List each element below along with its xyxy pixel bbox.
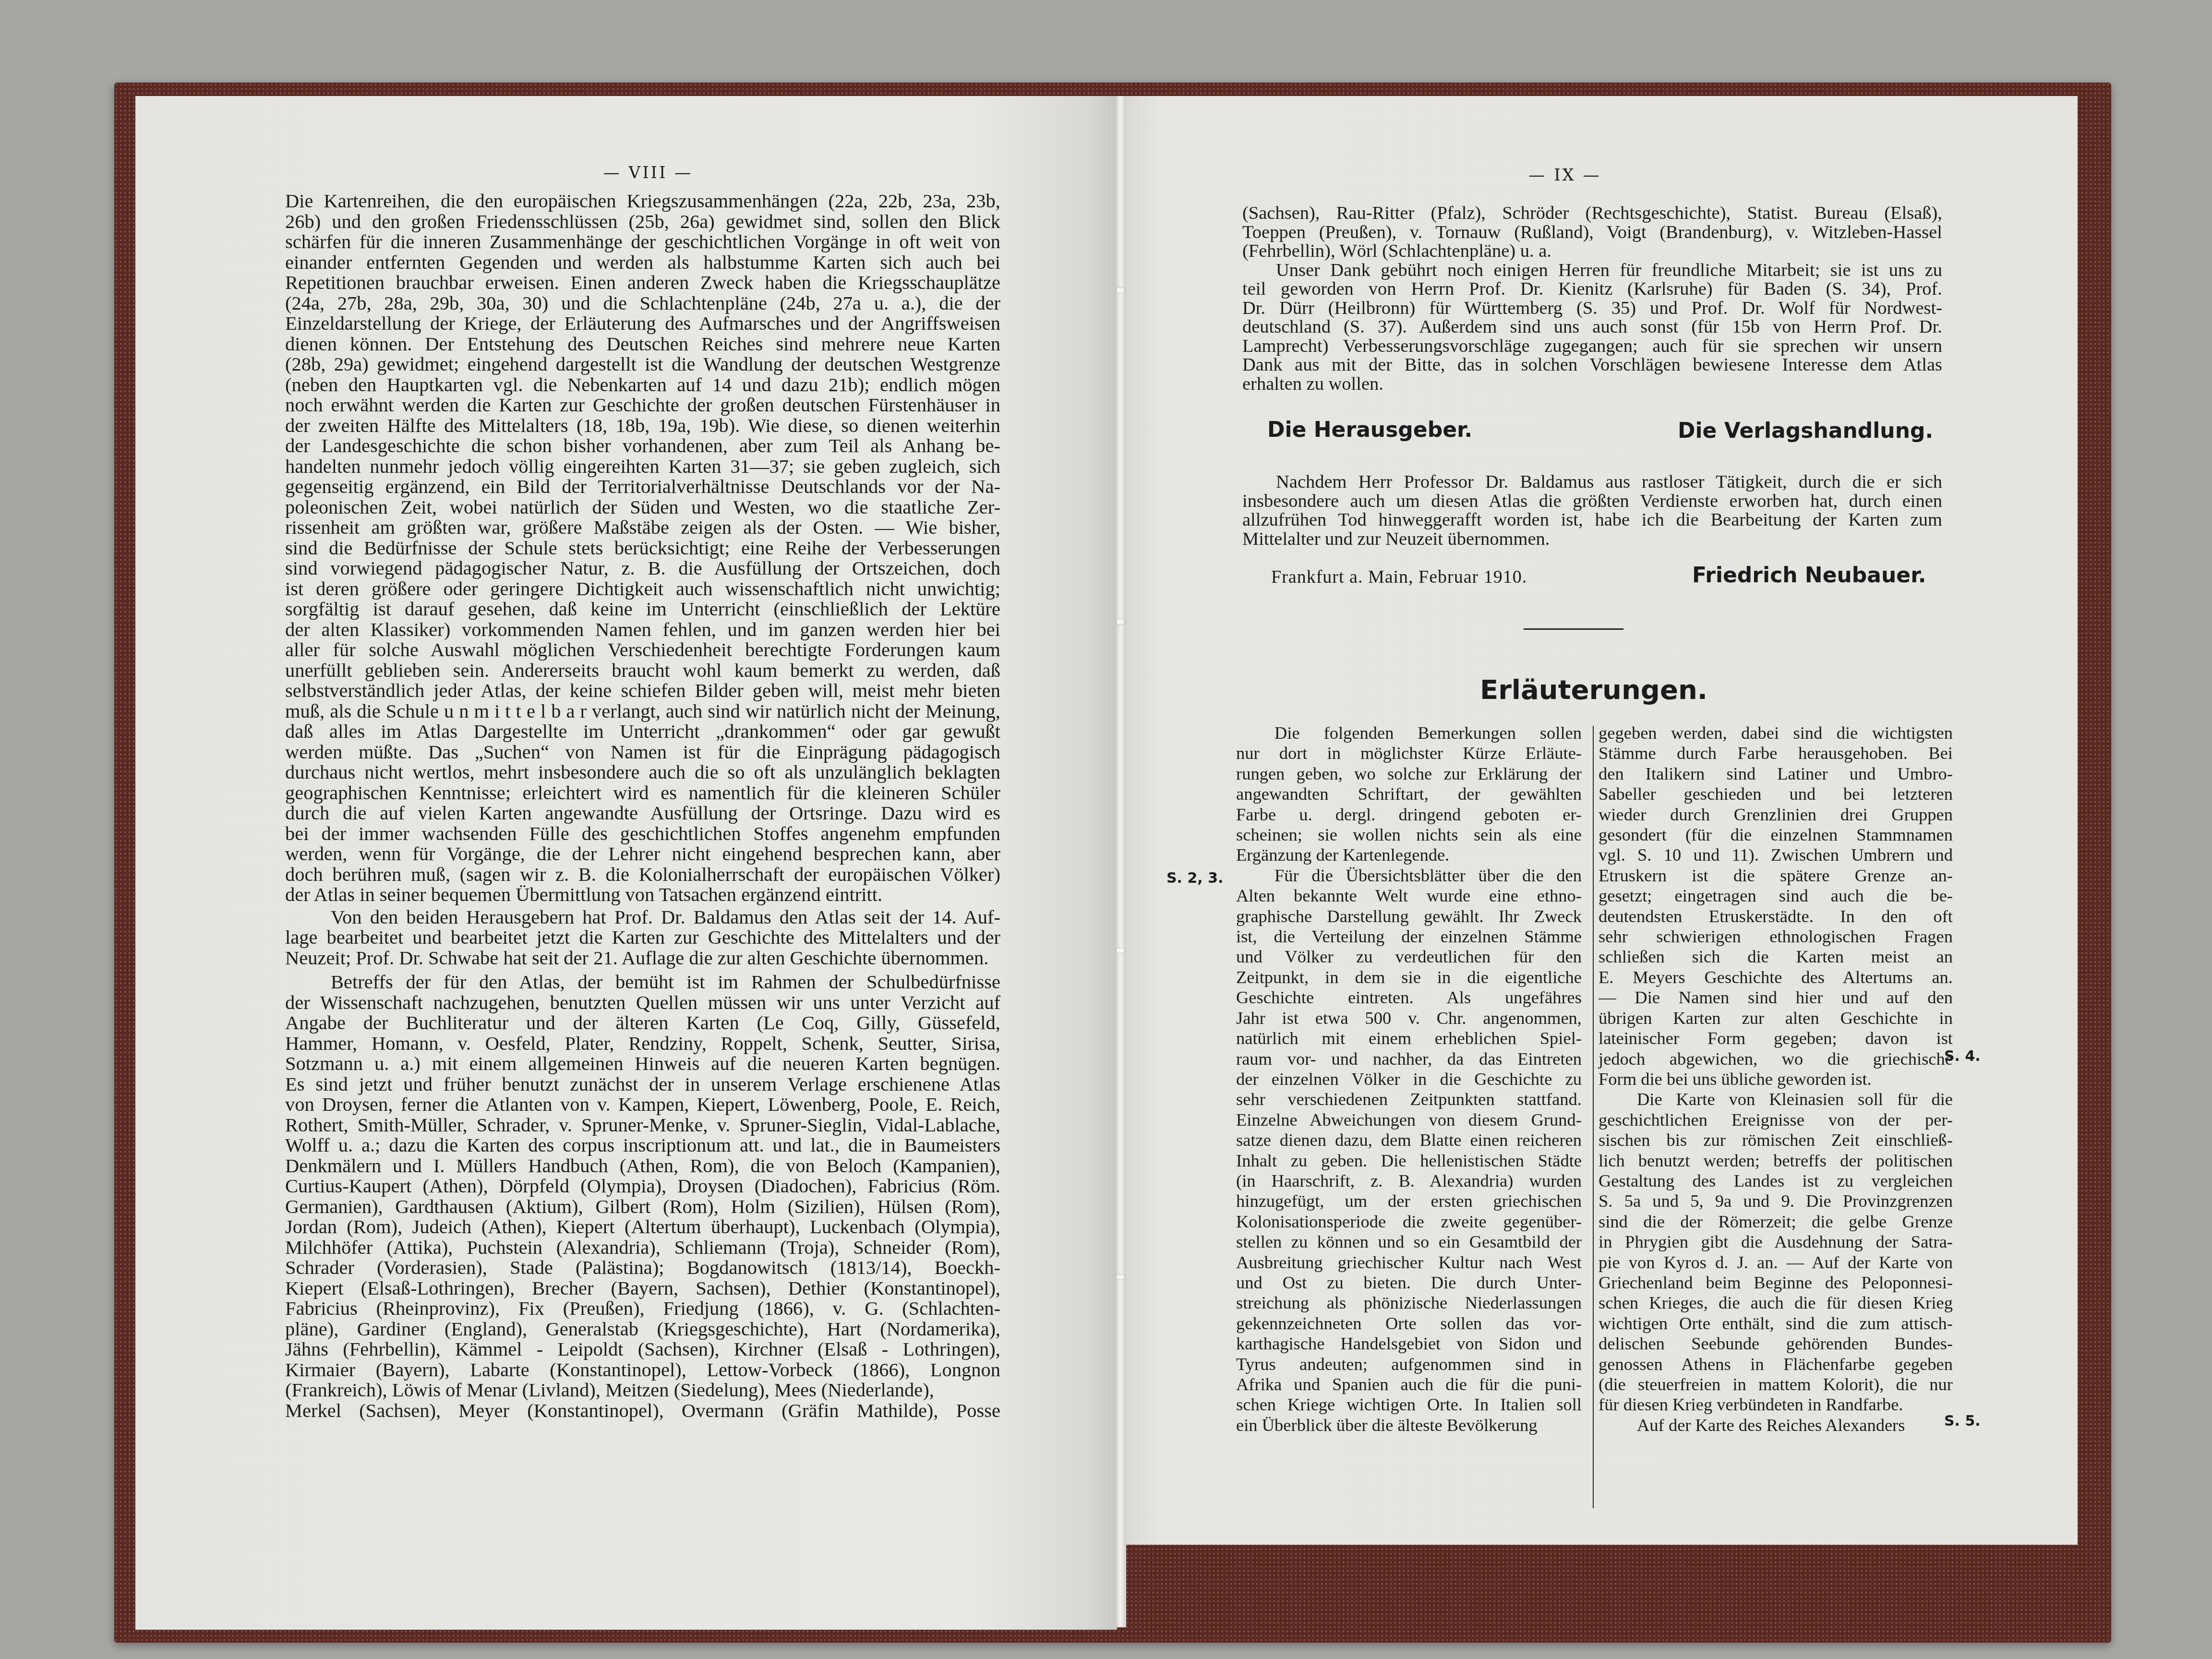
text-line: (24a, 27b, 28a, 29b, 30a, 30) und die Sc… [285,293,1000,314]
text-line: natürlich mit einem erheblichen Spiel- [1236,1028,1582,1048]
text-line: hinzugefügt, um der ersten griechischen [1236,1191,1582,1211]
text-line: stellen zu können und so ein Gesamtbild … [1236,1232,1582,1252]
text-line: schen Krieges, die auch die für diesen K… [1599,1293,1953,1313]
text-line: Fabricius (Rheinprovinz), Fix (Preußen),… [285,1298,1000,1319]
text-line: sind die der Römerzeit; die gelbe Grenze [1599,1212,1953,1232]
column-right: gegeben werden, dabei sind die wichtigst… [1599,723,1953,1435]
text-line: Von den beiden Herausgebern hat Prof. Dr… [285,907,1000,928]
text-line: Milchhöfer (Attika), Puchstein (Alexandr… [285,1238,1000,1258]
text-line: poleonischen Zeit, wobei natürlich der S… [285,497,1000,518]
text-line: Für die Übersichtsblätter über die den [1236,866,1582,886]
text-line: selbstverständlich jeder Atlas, der kein… [285,681,1000,701]
text-line: Inhalt zu geben. Die hellenistischen Stä… [1236,1151,1582,1171]
text-line: Stämme durch Farbe herausgehoben. Bei [1599,743,1953,763]
text-line: erhalten zu wollen. [1242,375,1942,394]
text-line: satze dienen dazu, dem Blatte einen reic… [1236,1130,1582,1150]
text-line: rissenheit am größten war, größere Maßst… [285,517,1000,538]
text-line: streichung als phönizische Niederlassung… [1236,1293,1582,1313]
text-line: ein Überblick über die älteste Bevölkeru… [1236,1415,1582,1435]
right-body-text: (Sachsen), Rau-Ritter (Pfalz), Schröder … [1242,204,1942,394]
text-line: insbesondere auch um diesen Atlas die gr… [1242,492,1942,511]
text-line: Einzeldarstellung der Kriege, der Erläut… [285,313,1000,334]
text-line: — Die Namen sind hier und auf den [1599,987,1953,1008]
text-line: delischen Seebunde gehörenden Bundes- [1599,1334,1953,1354]
text-line: doch berühren muß, (sagen wir z. B. die … [285,865,1000,885]
place-date: Frankfurt a. Main, Februar 1910. [1271,566,1527,588]
text-line: nur dort in möglichster Kürze Erläute- [1236,743,1582,763]
text-line: Die Karte von Kleinasien soll für die [1599,1089,1953,1109]
section-heading: Erläuterungen. [1238,674,1949,706]
text-line: Betreffs der für den Atlas, der bemüht i… [285,972,1000,993]
text-line: den Italikern sind Latiner und Umbro- [1599,764,1953,784]
text-line: schließen sich die Karten meist an [1599,947,1953,967]
text-line: in Phrygien gibt die Ausdehnung der Satr… [1599,1232,1953,1252]
text-line: E. Meyers Geschichte des Altertums an. [1599,967,1953,987]
text-line: sind die Bedürfnisse der Schule stets be… [285,538,1000,559]
text-line: bei der immer wachsenden Fülle des gesch… [285,824,1000,844]
signature-editors: Die Herausgeber. [1267,418,1472,442]
text-line: Unser Dank gebührt noch einigen Herren f… [1242,261,1942,280]
text-line: ist deren größere oder geringere Dichtig… [285,579,1000,600]
text-line: Rothert, Smith-Müller, Schrader, v. Spru… [285,1115,1000,1136]
page-number-viii: — VIII — [600,163,696,182]
text-line: Griechenland beim Beginne des Peloponnes… [1599,1273,1953,1293]
text-line: Die Kartenreihen, die den europäischen K… [285,191,1000,212]
text-line: aller für solche Auswahl möglichen Versc… [285,640,1000,661]
author-name: Friedrich Neubauer. [1692,563,1926,588]
text-line: handelten nunmehr jedoch völlig eingerei… [285,457,1000,477]
text-line: Germanien), Gardthausen (Aktium), Gilber… [285,1197,1000,1217]
text-line: (Sachsen), Rau-Ritter (Pfalz), Schröder … [1242,204,1942,223]
text-line: (Fehrbellin), Wörl (Schlachtenpläne) u. … [1242,242,1942,261]
text-line: geschichtlichen Ereignisse von der per- [1599,1110,1953,1130]
text-line: Sotzmann u. a.) mit einem allgemeinen Hi… [285,1054,1000,1074]
text-line: teil geworden von Herrn Prof. Dr. Kienit… [1242,280,1942,299]
text-line: Alten bekannte Welt wurde eine ethno- [1236,886,1582,906]
text-line: (in Haarschrift, z. B. Alexandria) wurde… [1236,1171,1582,1191]
text-line: sischen bis zur römischen Zeit einschlie… [1599,1130,1953,1150]
text-line: Lamprecht) Verbesserungsvorschläge zugeg… [1242,337,1942,356]
text-line: pie von Kyros d. J. an. — Auf der Karte … [1599,1252,1953,1273]
text-line: gegeben werden, dabei sind die wichtigst… [1599,723,1953,743]
binding-stitch [1117,948,1124,953]
text-line: werden müßte. Das „Suchen“ von Namen ist… [285,742,1000,763]
text-line: der zweiten Hälfte des Mittelalters (18,… [285,416,1000,436]
text-line: graphische Darstellung gewählt. Ihr Zwec… [1236,906,1582,926]
text-line: Toeppen (Preußen), v. Tornauw (Rußland),… [1242,223,1942,242]
text-line: muß, als die Schule u n m i t t e l b a … [285,701,1000,722]
margin-note-s4: S. 4. [1944,1048,1981,1065]
text-line: allzufrühen Tod hinweggerafft worden ist… [1242,511,1942,530]
text-line: Sabeller geschieden und bei letzteren [1599,784,1953,804]
text-line: und Ost zu bieten. Die durch Unter- [1236,1273,1582,1293]
text-line: Form die bei uns übliche geworden ist. [1599,1069,1953,1089]
text-line: gekennzeichneten Orte sollen das vor- [1236,1313,1582,1334]
text-line: jedoch abgewichen, wo die griechische [1599,1049,1953,1069]
text-line: gesetzt; eingetragen sind auch die be- [1599,886,1953,906]
text-line: raum vor- und nachher, da das Eintreten [1236,1049,1582,1069]
column-left: Die folgenden Bemerkungen sollennur dort… [1236,723,1582,1435]
text-line: durchaus nicht wertlos, mehrt insbesonde… [285,762,1000,783]
text-line: lich benutzt werden; betreffs der politi… [1599,1151,1953,1171]
text-line: Dank aus mit der Bitte, das in solchen V… [1242,356,1942,375]
text-line: (28b, 29a) gewidmet; eingehend dargestel… [285,354,1000,375]
text-line: sehr schwierigen ethnologischen Fragen [1599,926,1953,947]
text-line: deutschland (S. 37). Außerdem sind uns a… [1242,318,1942,337]
text-line: lateinischer Form gegeben; davon ist [1599,1028,1953,1048]
binding-stitch [1117,288,1124,293]
text-line: sorgfältig ist darauf gesehen, daß keine… [285,599,1000,620]
text-line: Einzelne Abweichungen von diesem Grund- [1236,1110,1582,1130]
text-line: Jähns (Fehrbellin), Kämmel - Leipoldt (S… [285,1339,1000,1360]
text-line: Curtius-Kaupert (Athen), Dörpfeld (Olymp… [285,1176,1000,1197]
text-line: von Droysen, ferner die Atlanten von v. … [285,1094,1000,1115]
text-line: Wolff u. a.; dazu die Karten des corpus … [285,1135,1000,1156]
text-line: für diesen Krieg verbündeten in Randfarb… [1599,1395,1953,1415]
text-line: karthagische Handelsgebiet von Sidon und [1236,1334,1582,1354]
margin-note-s23: S. 2, 3. [1166,870,1223,887]
text-line: werden, wenn für Vorgänge, die der Lehre… [285,844,1000,865]
page-number-ix: — IX — [1517,166,1613,185]
text-line: Kolonisationsperiode die zweite gegenübe… [1236,1212,1582,1232]
text-line: Denkmälern und I. Müllers Handbuch (Athe… [285,1156,1000,1177]
left-body-text: Die Kartenreihen, die den europäischen K… [285,191,1000,1421]
text-line: Angabe der Buchliteratur und der älteren… [285,1013,1000,1034]
text-line: und Völker zu verdeutlichen für den [1236,947,1582,967]
text-line: Hammer, Homann, v. Oesfeld, Plater, Rend… [285,1034,1000,1054]
signature-publisher: Die Verlagshandlung. [1678,419,1933,443]
text-line: (neben den Hauptkarten vgl. die Nebenkar… [285,375,1000,396]
text-line: (die steuerfreien in mattem Kolorit), di… [1599,1374,1953,1395]
text-line: Nachdem Herr Professor Dr. Baldamus aus … [1242,473,1942,492]
text-line: Schrader (Vorderasien), Stade (Palästina… [285,1258,1000,1278]
text-line: Jahr ist etwa 500 v. Chr. angenommen, [1236,1008,1582,1028]
text-line: vgl. S. 10 und 11). Zwischen Umbrern und [1599,845,1953,865]
text-line: Auf der Karte des Reiches Alexanders [1599,1415,1953,1435]
text-line: schärfen für die inneren Zusammenhänge d… [285,232,1000,252]
text-line: der Wissenschaft nachzugehen, benutzten … [285,993,1000,1013]
text-line: gegenseitig ergänzend, ein Bild der Terr… [285,477,1000,497]
text-line: Dr. Dürr (Heilbronn) für Württemberg (S.… [1242,299,1942,318]
text-line: wichtigen Orte enthält, sind die zum att… [1599,1313,1953,1334]
text-line: der einzelnen Völker in die Geschichte z… [1236,1069,1582,1089]
text-line: Es sind jetzt und früher benutzt zunächs… [285,1074,1000,1095]
text-line: Geschichte eintreten. Als ungefähres [1236,987,1582,1008]
text-line: Zeitpunkt, in dem sie in die eigentliche [1236,967,1582,987]
editor-note-text: Nachdem Herr Professor Dr. Baldamus aus … [1242,473,1942,549]
section-rule [1524,628,1623,630]
text-line: Kiepert (Elsaß-Lothringen), Brecher (Bay… [285,1278,1000,1299]
text-line: Ausbreitung griechischer Kultur nach Wes… [1236,1252,1582,1273]
text-line: Ergänzung der Kartenlegende. [1236,845,1582,865]
text-line: übrigen Karten zur alten Geschichte in [1599,1008,1953,1028]
text-line: dienen können. Der Entstehung des Deutsc… [285,334,1000,355]
text-line: der Landesgeschichte die schon bisher vo… [285,436,1000,457]
text-line: sind vorwiegend pädagogischer Natur, z. … [285,558,1000,579]
text-line: Mittelalter und zur Neuzeit übernommen. [1242,530,1942,549]
text-line: (Frankreich), Löwis of Menar (Livland), … [285,1380,1000,1401]
text-line: noch erwähnt werden die Karten zur Gesch… [285,395,1000,416]
text-line: rungen geben, wo solche zur Erklärung de… [1236,764,1582,784]
text-line: sehr verschiedenen Zeitpunkten stattfand… [1236,1089,1582,1109]
binding-stitch [1117,1274,1124,1279]
text-line: durch die auf vielen Karten angewandte A… [285,803,1000,824]
text-line: geographischen Kenntnisse; erleichtert w… [285,783,1000,804]
text-line: Repetitionen brauchbar erweisen. Einen a… [285,273,1000,293]
margin-note-s5: S. 5. [1944,1413,1981,1430]
text-line: der alten Klassiker) vorkommenden Namen … [285,620,1000,640]
text-line: 26b) und den großen Friedensschlüssen (2… [285,212,1000,232]
text-line: genossen Athens in Flächenfarbe gegeben [1599,1354,1953,1374]
text-line: lage bearbeitet und bearbeitet jetzt die… [285,927,1000,948]
text-line: ist, die Verteilung der einzelnen Stämme [1236,926,1582,947]
text-line: Etruskern ist die spätere Grenze an- [1599,866,1953,886]
text-line: Merkel (Sachsen), Meyer (Konstantinopel)… [285,1401,1000,1421]
text-line: pläne), Gardiner (England), Generalstab … [285,1319,1000,1340]
text-line: Neuzeit; Prof. Dr. Schwabe hat seit der … [285,948,1000,969]
text-line: gesondert (für die einzelnen Stammnamen [1599,825,1953,845]
text-line: daß alles im Atlas Dargestellte im Unter… [285,721,1000,742]
text-line: Afrika und Spanien auch die für die puni… [1236,1374,1582,1395]
column-divider [1593,726,1594,1508]
text-line: unerfüllt geblieben sein. Andererseits b… [285,661,1000,681]
text-line: einander entfernten Gegenden und werden … [285,252,1000,273]
text-line: wieder durch Grenzlinien drei Gruppen [1599,805,1953,825]
book-gutter [1115,96,1126,1627]
text-line: S. 5a und 5, 9a und 9. Die Provinzgrenze… [1599,1191,1953,1211]
text-line: Gestaltung des Landes ist zu vergleichen [1599,1171,1953,1191]
text-line: Farbe u. dergl. dringend geboten er- [1236,805,1582,825]
text-line: Jordan (Rom), Judeich (Athen), Kiepert (… [285,1217,1000,1238]
text-line: deutendsten Etruskerstädte. In den oft [1599,906,1953,926]
text-line: angewandten Schriftart, der gewählten [1236,784,1582,804]
text-line: scheinen; sie wollen nichts sein als ein… [1236,825,1582,845]
text-line: der Atlas in seiner bequemen Übermittlun… [285,885,1000,905]
text-line: schen Kriege wichtigen Orte. In Italien … [1236,1395,1582,1415]
text-line: Kirmaier (Bayern), Labarte (Konstantinop… [285,1360,1000,1381]
text-line: Tyrus andeuten; aufgenommen sind in [1236,1354,1582,1374]
binding-stitch [1117,619,1124,624]
text-line: Die folgenden Bemerkungen sollen [1236,723,1582,743]
